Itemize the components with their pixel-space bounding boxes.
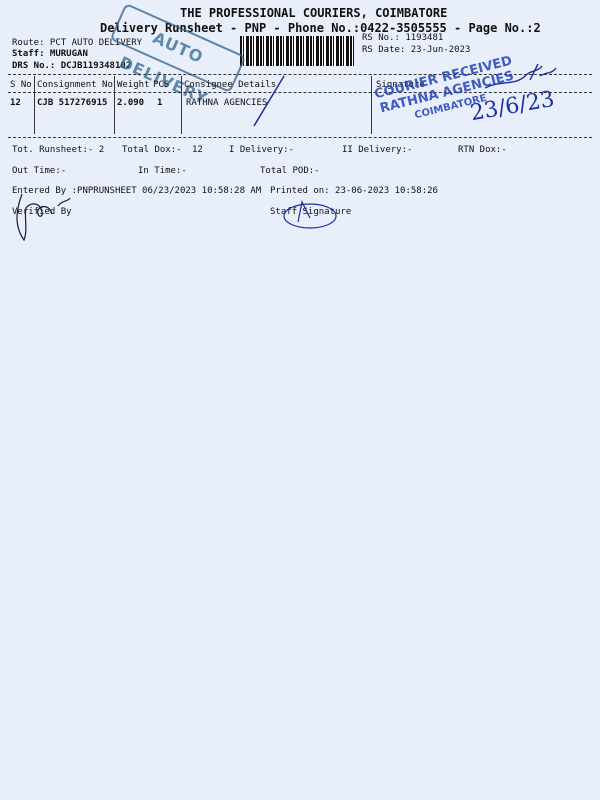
i-delivery: I Delivery:- <box>229 145 294 155</box>
total-dox-value: 12 <box>192 145 203 155</box>
receiver-signature-scribble <box>480 58 560 98</box>
drs-number: DRS No.: DCJB119348102 <box>12 61 131 71</box>
col-header-consignment: Consignment No <box>37 80 113 90</box>
col-divider <box>34 76 35 134</box>
total-dox-label: Total Dox:- <box>122 145 182 155</box>
col-header-weight: Weight <box>117 80 150 90</box>
total-pod: Total POD:- <box>260 166 320 176</box>
col-header-sno: S No <box>10 80 32 90</box>
staff-signature <box>280 196 350 232</box>
tot-runsheet: Tot. Runsheet:- 2 <box>12 145 104 155</box>
cell-pcs: 1 <box>157 98 162 108</box>
rtn-dox: RTN Dox:- <box>458 145 507 155</box>
barcode <box>240 36 354 66</box>
cell-consignment: CJB 517276915 <box>37 98 107 108</box>
cell-sno: 12 <box>10 98 21 108</box>
cell-weight: 2.090 <box>117 98 144 108</box>
rs-number: RS No.: 1193481 <box>362 33 443 43</box>
col-divider <box>114 76 115 134</box>
table-bottom-divider <box>8 137 592 138</box>
printed-on: Printed on: 23-06-2023 10:58:26 <box>270 186 438 196</box>
verifier-signature <box>10 190 80 245</box>
ii-delivery: II Delivery:- <box>342 145 412 155</box>
staff-label: Staff: MURUGAN <box>12 49 88 59</box>
tick-mark <box>250 70 290 130</box>
in-time: In Time:- <box>138 166 187 176</box>
col-header-pcs: PCS <box>153 80 169 90</box>
col-divider <box>181 76 182 134</box>
company-title: THE PROFESSIONAL COURIERS, COIMBATORE <box>180 6 447 20</box>
rs-date: RS Date: 23-Jun-2023 <box>362 45 470 55</box>
out-time: Out Time:- <box>12 166 66 176</box>
